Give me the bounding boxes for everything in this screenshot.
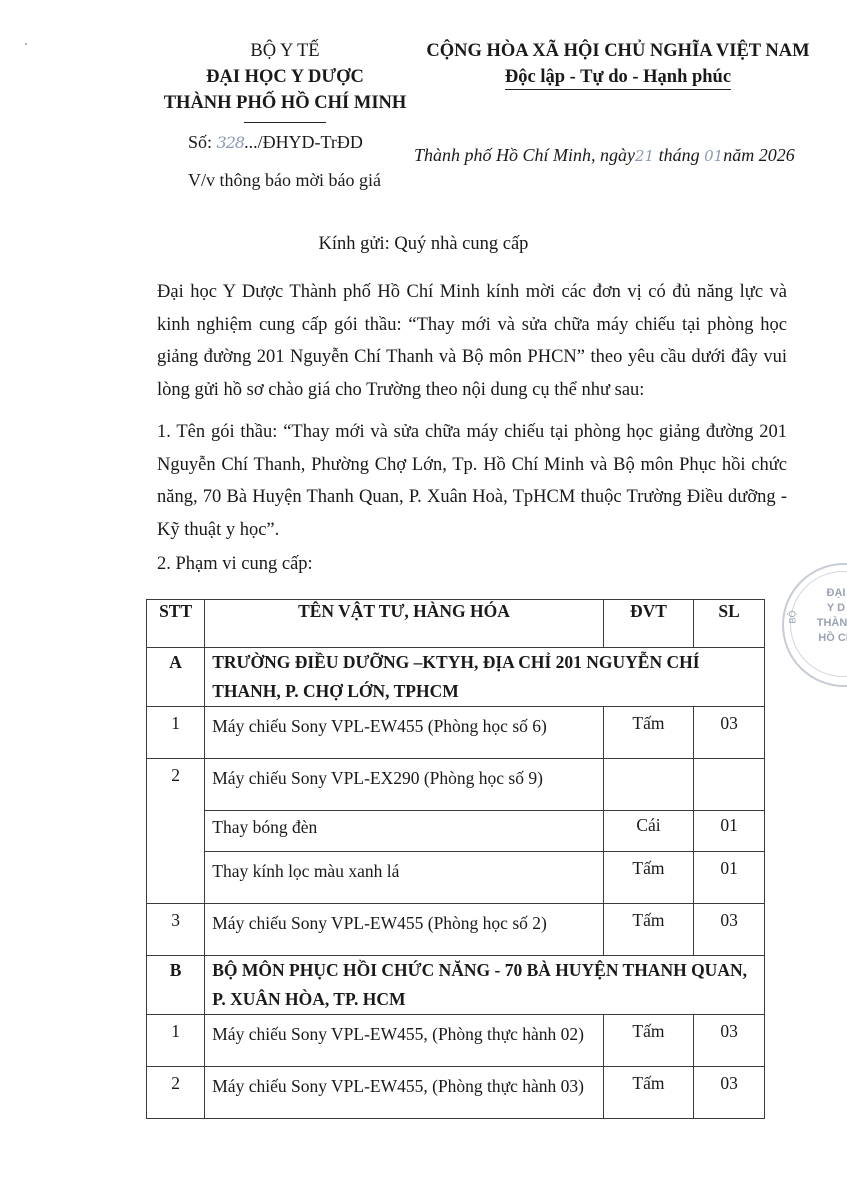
salutation: Kính gửi: Quý nhà cung cấp bbox=[0, 234, 847, 255]
year-label: năm 2026 bbox=[723, 145, 795, 165]
row-item-name: Máy chiếu Sony VPL-EX290 (Phòng học số 9… bbox=[205, 759, 603, 811]
header-stt: STT bbox=[147, 600, 205, 648]
handwritten-day: 21 bbox=[635, 147, 654, 165]
month-label: tháng bbox=[654, 145, 704, 165]
table-header-row: STT TÊN VẬT TƯ, HÀNG HÓA ĐVT SL bbox=[147, 600, 765, 648]
place-date: Thành phố Hồ Chí Minh, ngày21 tháng 01nă… bbox=[414, 145, 795, 166]
section-code: A bbox=[147, 648, 205, 707]
row-unit: Tấm bbox=[603, 707, 694, 759]
table-row: 2 Máy chiếu Sony VPL-EW455, (Phòng thực … bbox=[147, 1067, 765, 1119]
section-code: B bbox=[147, 956, 205, 1015]
row-unit bbox=[603, 759, 694, 811]
subrow-unit: Cái bbox=[603, 811, 694, 852]
row-stt: 1 bbox=[147, 1015, 205, 1067]
stamp-text: ĐẠI Y D THÀNH HỒ CH bbox=[806, 586, 847, 646]
nation-title: CỘNG HÒA XÃ HỘI CHỦ NGHĨA VIỆT NAM bbox=[408, 38, 828, 64]
row-item-name: Máy chiếu Sony VPL-EW455 (Phòng học số 6… bbox=[205, 707, 603, 759]
header-divider bbox=[244, 122, 326, 123]
subrow-unit: Tấm bbox=[603, 852, 694, 904]
intro-text: Đại học Y Dược Thành phố Hồ Chí Minh kín… bbox=[157, 276, 787, 406]
subrow-item-name: Thay kính lọc màu xanh lá bbox=[205, 852, 603, 904]
row-item-name: Máy chiếu Sony VPL-EW455, (Phòng thực hà… bbox=[205, 1015, 603, 1067]
header-unit: ĐVT bbox=[603, 600, 694, 648]
item-1-text: 1. Tên gói thầu: “Thay mới và sửa chữa m… bbox=[157, 416, 787, 546]
document-subject: V/v thông báo mời báo giá bbox=[188, 170, 381, 191]
table-row: 1 Máy chiếu Sony VPL-EW455 (Phòng học số… bbox=[147, 707, 765, 759]
university-name-line1: ĐẠI HỌC Y DƯỢC bbox=[140, 64, 430, 90]
section-row: A TRƯỜNG ĐIỀU DƯỠNG –KTYH, ĐỊA CHỈ 201 N… bbox=[147, 648, 765, 707]
header-item-name: TÊN VẬT TƯ, HÀNG HÓA bbox=[205, 600, 603, 648]
doc-number-handwritten: 328 bbox=[217, 133, 245, 152]
document-number: Số: 328.../ĐHYD-TrĐD bbox=[188, 132, 363, 153]
row-unit: Tấm bbox=[603, 1015, 694, 1067]
ministry-name: BỘ Y TẾ bbox=[140, 38, 430, 64]
row-quantity: 03 bbox=[694, 1015, 765, 1067]
subrow-item-name: Thay bóng đèn bbox=[205, 811, 603, 852]
table-subrow: Thay bóng đèn Cái 01 bbox=[147, 811, 765, 852]
item-2-heading: 2. Phạm vi cung cấp: bbox=[157, 554, 313, 575]
intro-paragraph: Đại học Y Dược Thành phố Hồ Chí Minh kín… bbox=[157, 276, 787, 406]
row-unit: Tấm bbox=[603, 904, 694, 956]
item-1-paragraph: 1. Tên gói thầu: “Thay mới và sửa chữa m… bbox=[157, 416, 787, 546]
subrow-quantity: 01 bbox=[694, 852, 765, 904]
supply-table: STT TÊN VẬT TƯ, HÀNG HÓA ĐVT SL A TRƯỜNG… bbox=[146, 599, 765, 1119]
handwritten-month: 01 bbox=[704, 147, 723, 165]
section-title: BỘ MÔN PHỤC HỒI CHỨC NĂNG - 70 BÀ HUYỆN … bbox=[205, 956, 765, 1015]
section-row: B BỘ MÔN PHỤC HỒI CHỨC NĂNG - 70 BÀ HUYỆ… bbox=[147, 956, 765, 1015]
table-row: 1 Máy chiếu Sony VPL-EW455, (Phòng thực … bbox=[147, 1015, 765, 1067]
row-quantity: 03 bbox=[694, 1067, 765, 1119]
header-quantity: SL bbox=[694, 600, 765, 648]
stamp-line: HỒ CH bbox=[806, 631, 847, 646]
row-quantity: 03 bbox=[694, 904, 765, 956]
table-row: 3 Máy chiếu Sony VPL-EW455 (Phòng học số… bbox=[147, 904, 765, 956]
university-name-line2: THÀNH PHỐ HỒ CHÍ MINH bbox=[140, 90, 430, 116]
doc-number-suffix: .../ĐHYD-TrĐD bbox=[244, 132, 363, 152]
row-quantity: 03 bbox=[694, 707, 765, 759]
table-subrow: Thay kính lọc màu xanh lá Tấm 01 bbox=[147, 852, 765, 904]
doc-number-label: Số: bbox=[188, 132, 217, 152]
stamp-line: ĐẠI bbox=[806, 586, 847, 601]
row-stt: 2 bbox=[147, 1067, 205, 1119]
stamp-side-text: BỘ bbox=[788, 610, 798, 623]
stamp-line: Y D bbox=[806, 601, 847, 616]
row-stt: 1 bbox=[147, 707, 205, 759]
row-item-name: Máy chiếu Sony VPL-EW455 (Phòng học số 2… bbox=[205, 904, 603, 956]
table-row: 2 Máy chiếu Sony VPL-EX290 (Phòng học số… bbox=[147, 759, 765, 811]
row-stt: 2 bbox=[147, 759, 205, 904]
scan-speck bbox=[25, 43, 27, 45]
stamp-line: THÀNH bbox=[806, 616, 847, 631]
issuer-block: BỘ Y TẾ ĐẠI HỌC Y DƯỢC THÀNH PHỐ HỒ CHÍ … bbox=[140, 38, 430, 131]
place-date-prefix: Thành phố Hồ Chí Minh, ngày bbox=[414, 145, 635, 165]
national-header: CỘNG HÒA XÃ HỘI CHỦ NGHĨA VIỆT NAM Độc l… bbox=[408, 38, 828, 90]
section-title: TRƯỜNG ĐIỀU DƯỠNG –KTYH, ĐỊA CHỈ 201 NGU… bbox=[205, 648, 765, 707]
row-unit: Tấm bbox=[603, 1067, 694, 1119]
subrow-quantity: 01 bbox=[694, 811, 765, 852]
row-item-name: Máy chiếu Sony VPL-EW455, (Phòng thực hà… bbox=[205, 1067, 603, 1119]
row-quantity bbox=[694, 759, 765, 811]
national-motto: Độc lập - Tự do - Hạnh phúc bbox=[505, 66, 731, 90]
row-stt: 3 bbox=[147, 904, 205, 956]
